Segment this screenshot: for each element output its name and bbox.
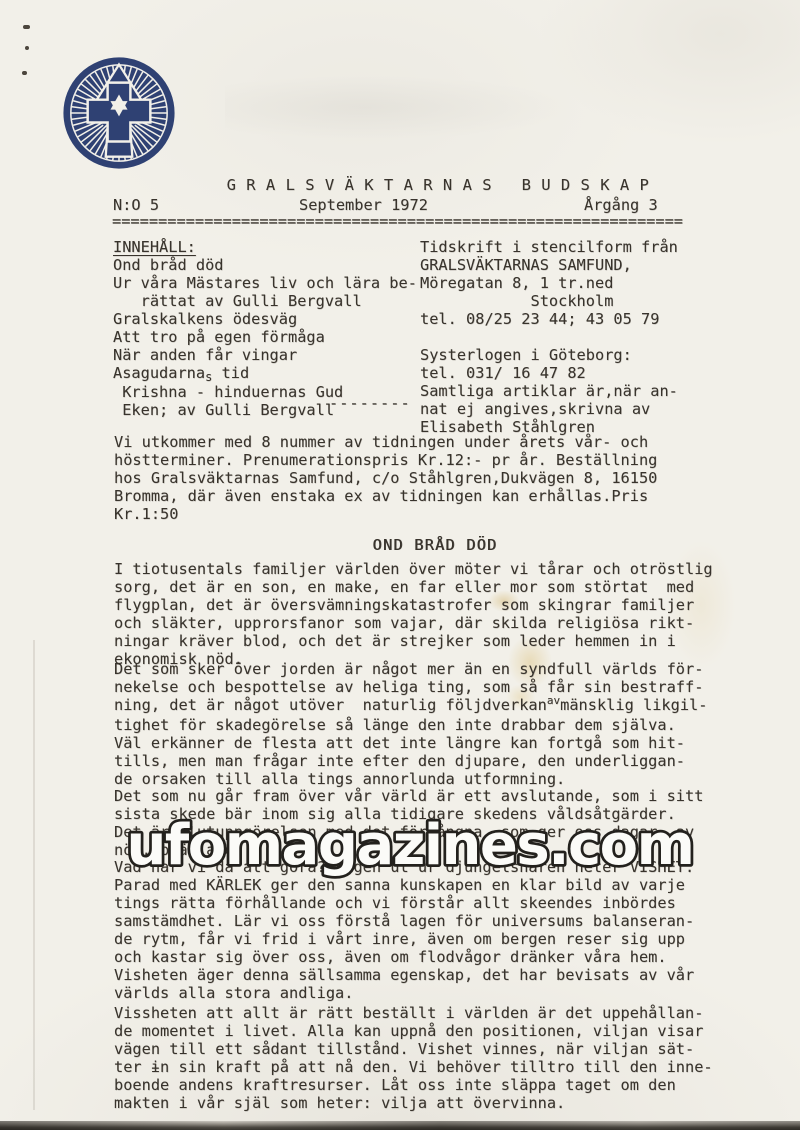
contents-heading: INNEHÅLL: (113, 238, 196, 256)
section-separator-dashes: -------- (329, 394, 411, 412)
newsletter-title: G R A L S V Ä K T A R N A S B U D S K A … (148, 176, 728, 194)
typed-correction-superscript: av (547, 694, 560, 707)
watermark: ufomagazines.com (100, 808, 720, 884)
paper-fold-line (33, 640, 35, 1110)
scanned-newsletter-page: G R A L S V Ä K T A R N A S B U D S K A … (0, 0, 800, 1130)
contents-items: Ond bråd död Ur våra Mästares liv och lä… (113, 256, 417, 382)
article-paragraph: I tiotusentals familjer världen över möt… (114, 560, 713, 668)
double-rule-divider: ========================================… (112, 212, 683, 230)
subscription-info: Vi utkommer med 8 nummer av tidningen un… (114, 433, 657, 523)
ghost-text-smudge (225, 75, 575, 140)
publisher-info: Tidskrift i stencilform från GRALSVÄKTAR… (420, 238, 678, 436)
scan-bottom-edge (0, 1121, 800, 1130)
scan-speck (22, 71, 27, 75)
table-of-contents: INNEHÅLL: Ond bråd död Ur våra Mästares … (113, 238, 417, 419)
gralsvaktarna-emblem-logo (62, 56, 176, 170)
scan-speck (23, 25, 30, 29)
article-paragraph: Vissheten att allt är rätt beställt i vä… (114, 1004, 713, 1112)
article-paragraph: Det som sker över jorden är något mer än… (114, 660, 707, 788)
scan-speck (25, 46, 29, 50)
contents-subscript-s: s (205, 370, 212, 384)
article-heading: OND BRÅD DÖD (145, 536, 725, 554)
watermark-text: ufomagazines.com (127, 813, 694, 878)
